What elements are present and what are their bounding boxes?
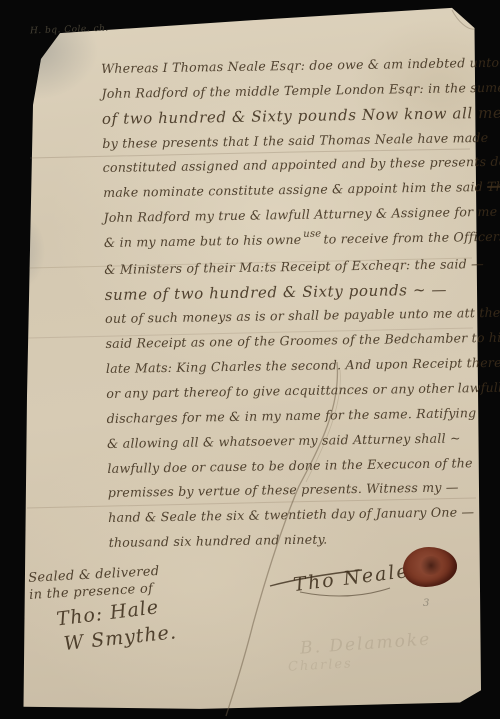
body-line-text: & in my name but to his owne — [104, 232, 302, 250]
pencil-mark: 3 — [423, 598, 429, 609]
letter-body: Whereas I Thomas Neale Esqr: doe owe & a… — [101, 51, 489, 556]
interlinear-insertion: use — [303, 222, 321, 247]
document-photograph: H. bq. Cole. ch. Whereas I Thomas Neale … — [0, 0, 500, 719]
witness-attestation-block: Sealed & delivered in the presence of Th… — [28, 562, 178, 655]
body-line-text: make nominate constitute assigne & appoi… — [103, 179, 487, 200]
body-line-text: to receive from the Officers — [323, 229, 500, 247]
struck-out-word: Thomas — [487, 178, 500, 194]
